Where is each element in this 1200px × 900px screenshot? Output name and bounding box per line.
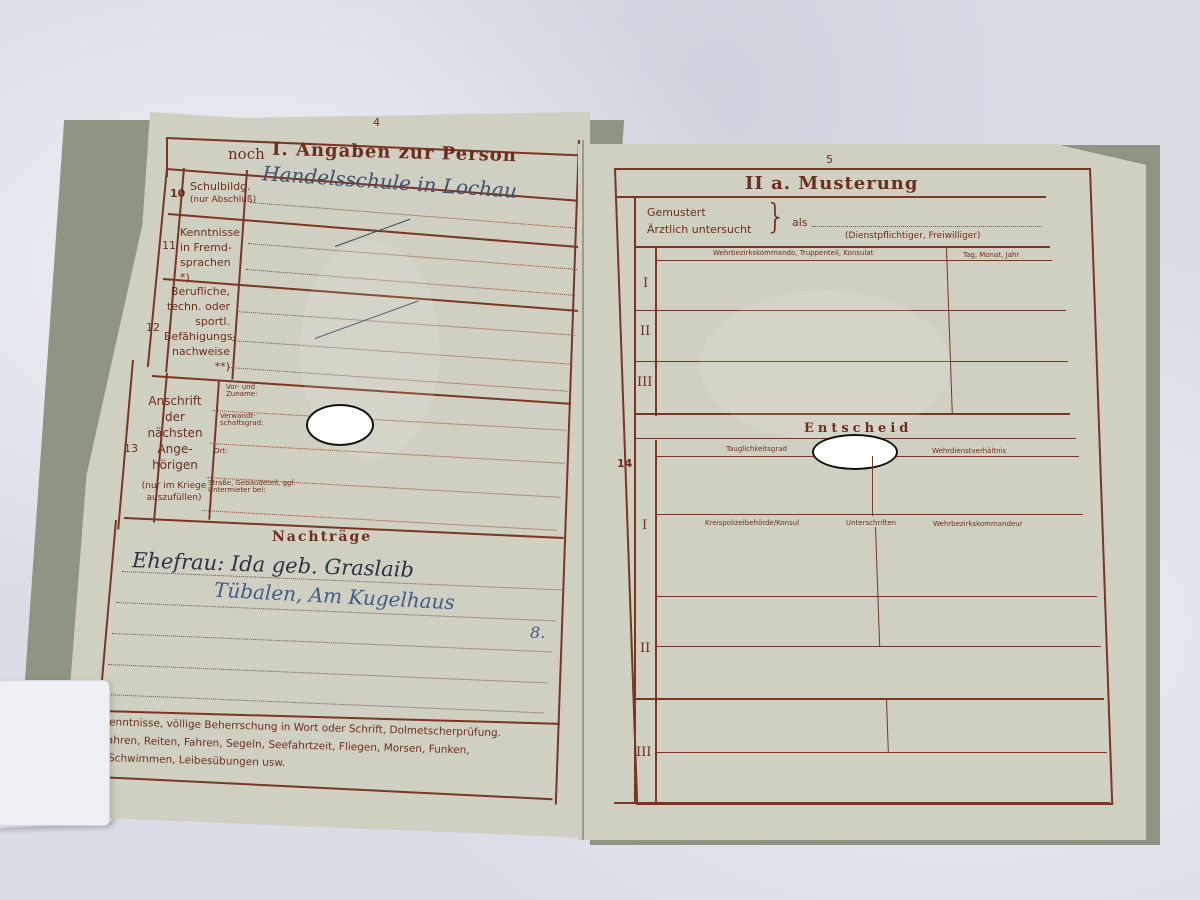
row-12-label: Berufliche, techn. oder sportl. Befähigu…: [164, 284, 230, 374]
section-14-number: 14: [617, 458, 632, 469]
sig-header-police: Kreispolizeibehörde/Konsul: [705, 520, 799, 527]
nachtraege-title: Nachträge: [272, 530, 372, 544]
row-13-field-place: Ort:: [214, 448, 228, 455]
white-card-front: [0, 680, 110, 826]
aerztlich-label: Ärztlich untersucht: [647, 224, 751, 235]
right-page-number: 5: [826, 154, 833, 165]
table1-row-2: II: [640, 324, 650, 339]
entscheid-title: Entscheid: [804, 422, 912, 435]
entscheid-row-3: III: [636, 745, 651, 760]
nachtraege-line-2-end: 8.: [530, 625, 545, 641]
row-13-field-name: Vor- und Zuname:: [226, 384, 266, 398]
table1-row-1: I: [643, 276, 648, 291]
eagle-watermark-right: [700, 290, 950, 440]
redaction-oval-right: [812, 434, 898, 470]
row-10-sublabel: (nur Abschluß): [190, 196, 256, 205]
als-hint: (Dienstpflichtiger, Freiwilliger): [845, 232, 981, 241]
right-heading: II a. Musterung: [745, 175, 918, 193]
left-heading-prefix: noch: [228, 147, 265, 162]
brace-icon: }: [765, 200, 787, 234]
entscheid-row-1: I: [642, 518, 647, 533]
gemustert-label: Gemustert: [647, 207, 706, 218]
entscheid-row-2: II: [640, 641, 650, 656]
row-13-label: Anschrift der nächsten Ange-hörigen: [144, 393, 206, 473]
row-11-number: 11: [162, 240, 176, 251]
als-label: als: [792, 217, 808, 228]
row-13-sublabel: (nur im Kriege auszufüllen): [138, 480, 210, 504]
row-12-number: 12: [146, 322, 160, 333]
entscheid-header-wehrdienst: Wehrdienstverhältnis: [932, 448, 1006, 455]
redaction-oval-left: [306, 404, 374, 446]
book-spine: [582, 140, 584, 840]
sig-header-commander: Wehrbezirkskommandeur: [933, 521, 1023, 528]
row-10-label: Schulbildg.: [190, 181, 251, 192]
table1-row-3: III: [637, 375, 652, 390]
row-11-label: Kenntnisse in Fremd-sprachen *): [180, 225, 240, 285]
row-13-field-relation: Verwandt-schaftsgrad:: [220, 413, 268, 427]
row-10-number: 10: [170, 188, 185, 199]
row-13-number: 13: [124, 443, 138, 454]
table1-header-unit: Wehrbezirkskommando, Truppenteil, Konsul…: [713, 250, 873, 257]
table1-header-date: Tag, Monat, Jahr: [963, 252, 1019, 259]
sig-header-signatures: Unterschriften: [846, 520, 896, 527]
left-page-number: 4: [373, 117, 380, 128]
right-form-frame: [614, 168, 1113, 805]
entscheid-header-tauglichkeit: Tauglichkeitsgrad: [726, 446, 787, 453]
